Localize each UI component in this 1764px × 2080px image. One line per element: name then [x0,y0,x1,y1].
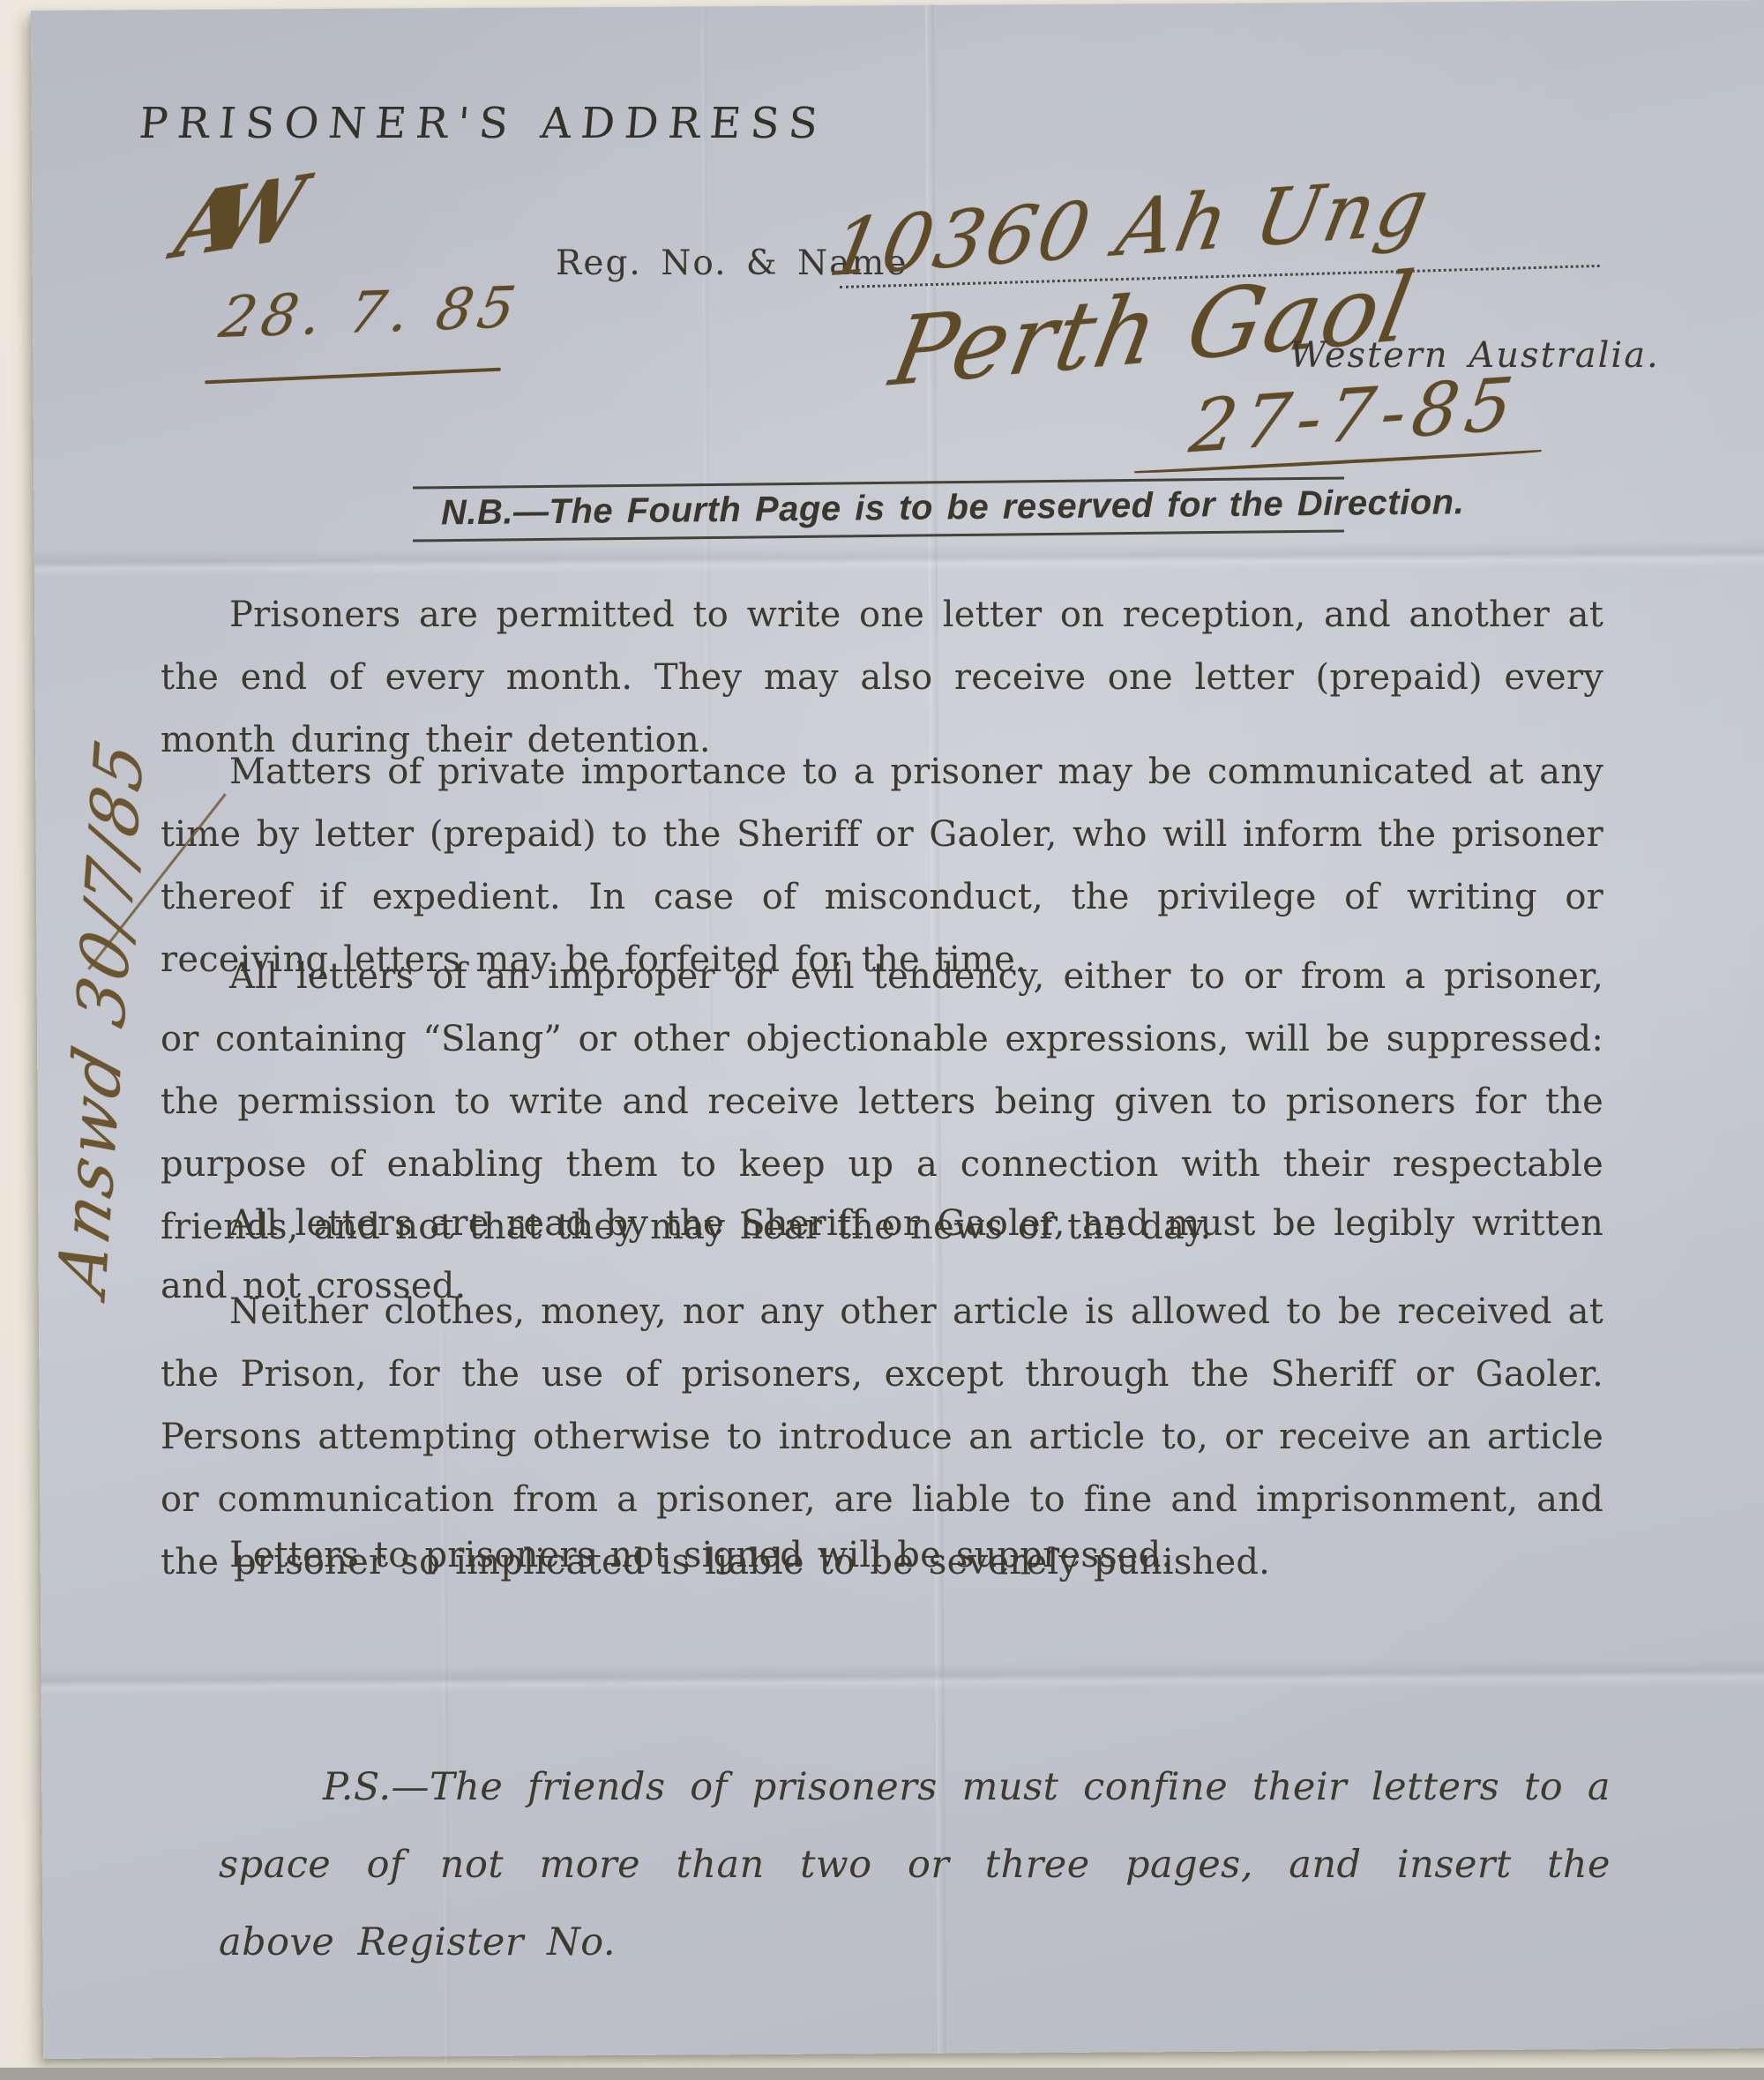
photographed-document: PRISONER'S ADDRESS AW 28. 7. 85 Reg. No.… [0,0,1764,2080]
ps-notice: P.S.—The friends of prisoners must confi… [219,1748,1611,1981]
handwritten-initials: AW [168,160,282,279]
photo-edge-strip [0,2068,1764,2080]
paragraph-unsigned-letters: Letters to prisoners not signed will be … [161,1524,1603,1587]
horizontal-fold-crease-lower [41,1658,1764,1695]
document-title: PRISONER'S ADDRESS [138,99,830,148]
horizontal-fold-crease-upper [34,540,1764,577]
handwritten-received-date: 28. 7. 85 [215,275,526,351]
